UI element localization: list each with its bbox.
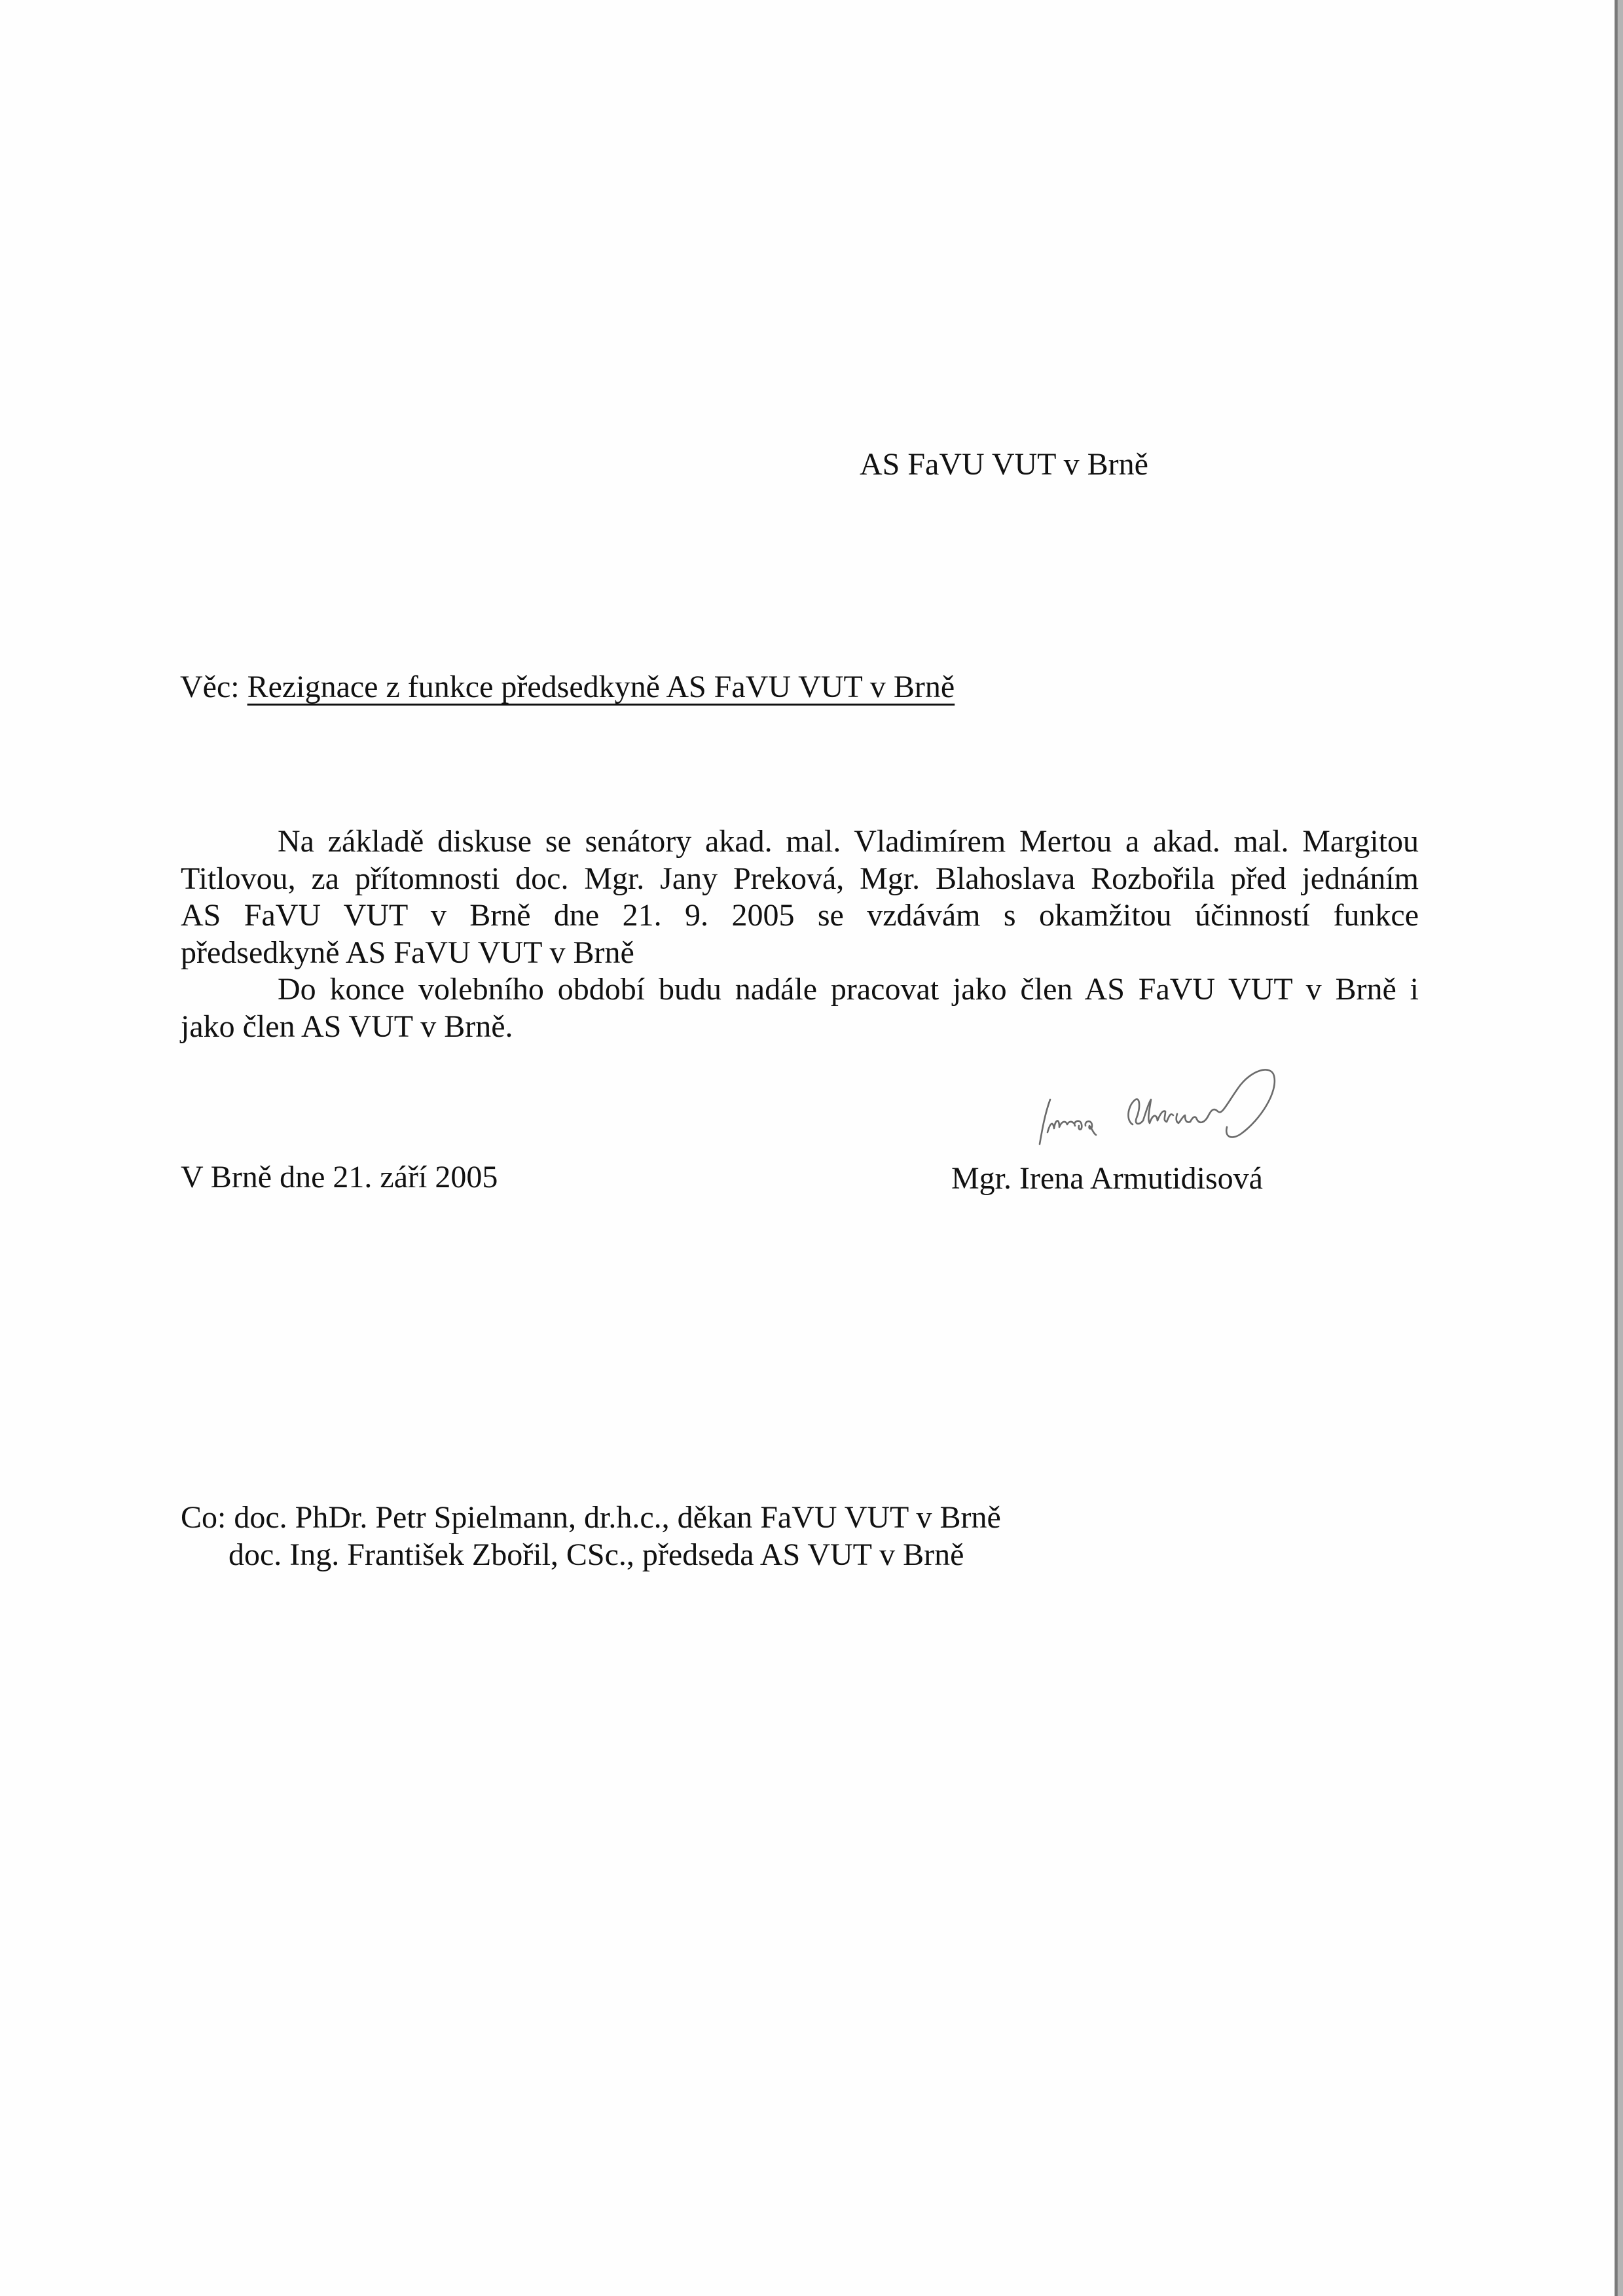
scanner-edge-fill (1618, 0, 1623, 2296)
body-paragraph-2: Do konce volebního období budu nadále pr… (181, 971, 1419, 1045)
body-line: AS FaVU VUT v Brně dne 21. 9. 2005 se vz… (181, 897, 1419, 935)
recipient-address: AS FaVU VUT v Brně (860, 446, 1148, 483)
signer-name: Mgr. Irena Armutidisová (951, 1160, 1263, 1197)
handwritten-signature (1028, 1060, 1355, 1152)
body-line: Titlovou, za přítomnosti doc. Mgr. Jany … (181, 861, 1419, 898)
carbon-copy-list: Co: doc. PhDr. Petr Spielmann, dr.h.c., … (181, 1499, 1001, 1573)
body-line: Na základě diskuse se senátory akad. mal… (181, 823, 1419, 861)
body-paragraph-1: Na základě diskuse se senátory akad. mal… (181, 823, 1419, 971)
cc-recipient: doc. Ing. František Zbořil, CSc., předse… (181, 1536, 1001, 1573)
subject-text: Rezignace z funkce předsedkyně AS FaVU V… (247, 670, 955, 704)
body-line: předsedkyně AS FaVU VUT v Brně (181, 935, 1419, 972)
document-page: AS FaVU VUT v Brně Věc: Rezignace z funk… (0, 0, 1623, 2296)
cc-recipient: Co: doc. PhDr. Petr Spielmann, dr.h.c., … (181, 1499, 1001, 1536)
subject-label: Věc: (180, 670, 240, 704)
subject-line: Věc: Rezignace z funkce předsedkyně AS F… (180, 669, 955, 706)
body-line: jako člen AS VUT v Brně. (181, 1009, 1419, 1046)
body-line: Do konce volebního období budu nadále pr… (181, 971, 1419, 1009)
place-and-date: V Brně dne 21. září 2005 (181, 1159, 498, 1196)
